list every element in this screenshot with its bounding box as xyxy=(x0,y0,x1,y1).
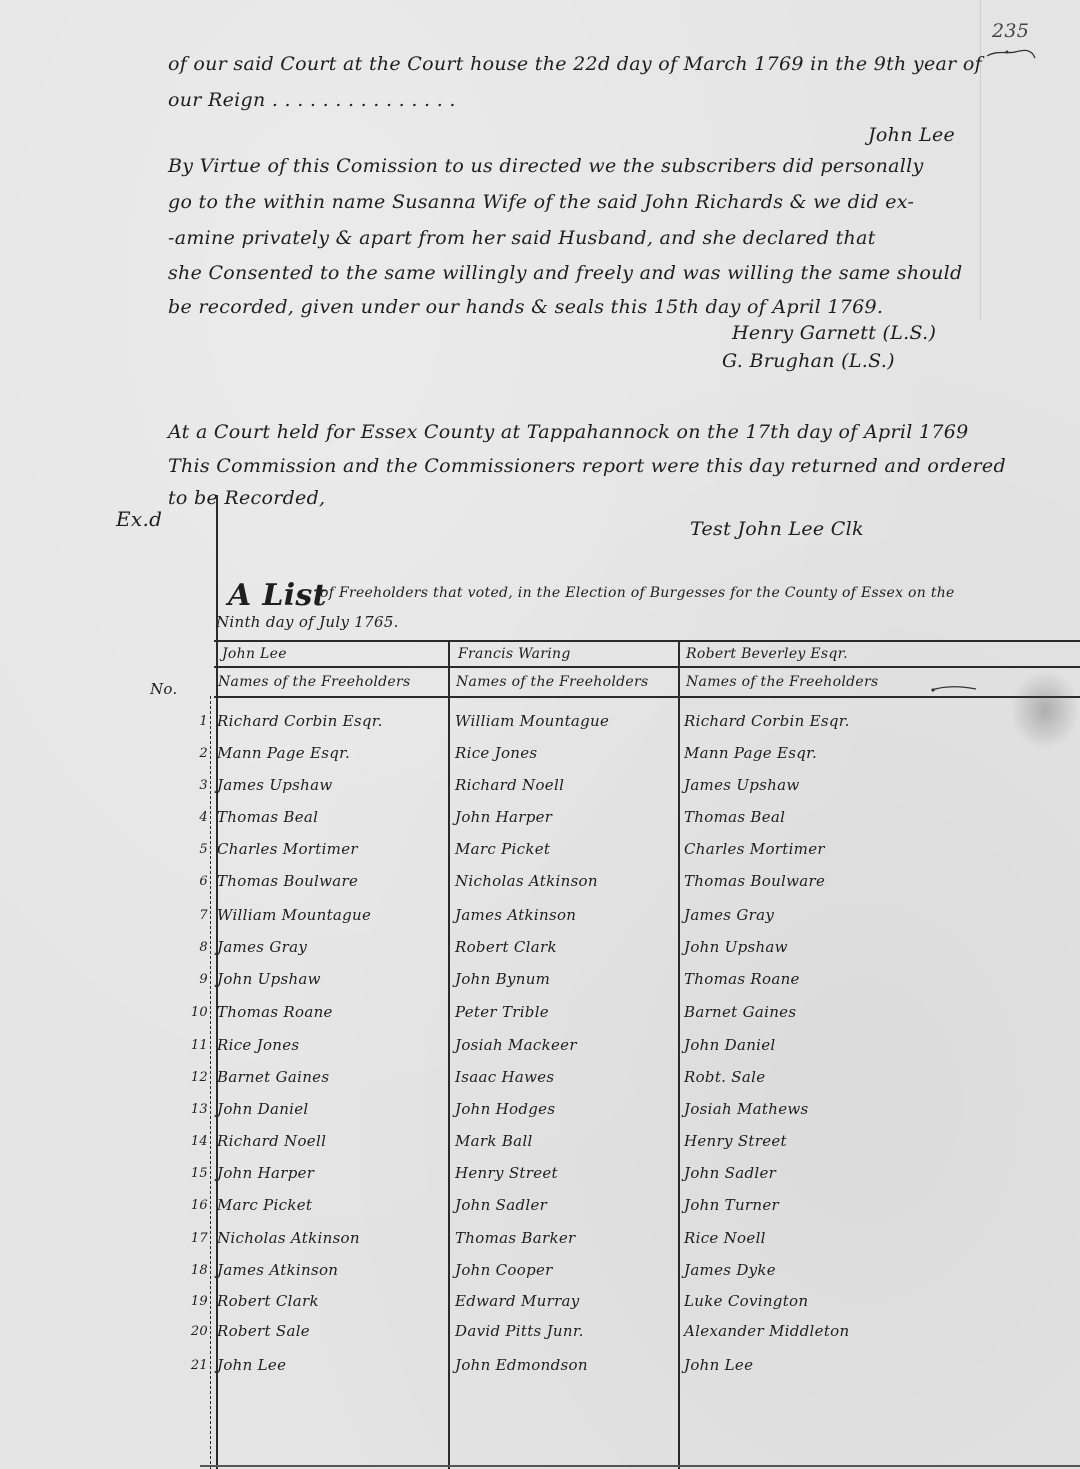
row-number: 10 xyxy=(168,1005,208,1020)
table-candidate-rule xyxy=(214,666,1080,668)
voter-waring-col: John Harper xyxy=(455,808,552,826)
table-row: 14 Richard Noell Mark Ball Henry Street xyxy=(0,1132,1080,1164)
voter-john-lee-col: Thomas Beal xyxy=(217,808,318,826)
certificate-line-3: -amine privately & apart from her said H… xyxy=(168,224,876,252)
signer-name: Henry Garnett xyxy=(732,322,876,344)
voter-waring-col: Edward Murray xyxy=(455,1292,580,1310)
certificate-line-2: go to the within name Susanna Wife of th… xyxy=(168,188,914,216)
page-flourish-icon xyxy=(985,44,1037,66)
seal-mark: (L.S.) xyxy=(883,322,937,344)
row-number: 17 xyxy=(168,1231,208,1246)
voter-beverley-col: Rice Noell xyxy=(684,1229,766,1247)
voter-beverley-col: John Turner xyxy=(684,1196,779,1214)
voter-john-lee-col: Robert Sale xyxy=(217,1322,310,1340)
certificate-line-1: By Virtue of this Comission to us direct… xyxy=(168,152,924,180)
voter-john-lee-col: James Gray xyxy=(217,938,307,956)
row-number: 5 xyxy=(168,842,208,857)
margin-note-examined: Ex.d xyxy=(116,507,162,531)
voter-beverley-col: James Dyke xyxy=(684,1261,776,1279)
table-row: 8 James Gray Robert Clark John Upshaw xyxy=(0,938,1080,970)
table-row: 17 Nicholas Atkinson Thomas Barker Rice … xyxy=(0,1229,1080,1261)
row-number: 12 xyxy=(168,1070,208,1085)
row-number: 19 xyxy=(168,1294,208,1309)
voter-waring-col: Marc Picket xyxy=(455,840,550,858)
voter-beverley-col: James Upshaw xyxy=(684,776,800,794)
list-title-date: Ninth day of July 1765. xyxy=(216,613,399,631)
table-row: 21 John Lee John Edmondson John Lee xyxy=(0,1356,1080,1388)
table-bottom-edge xyxy=(200,1465,1080,1467)
row-number: 9 xyxy=(168,972,208,987)
commission-line-1: of our said Court at the Court house the… xyxy=(168,50,982,78)
candidate-john-lee: John Lee xyxy=(222,646,287,662)
candidate-francis-waring: Francis Waring xyxy=(458,646,571,662)
page-number: 235 xyxy=(992,20,1029,42)
table-row: 1 Richard Corbin Esqr. William Mountague… xyxy=(0,712,1080,744)
row-number: 16 xyxy=(168,1198,208,1213)
clerk-signature: John Lee Clk xyxy=(737,518,863,540)
row-number: 7 xyxy=(168,908,208,923)
table-row: 9 John Upshaw John Bynum Thomas Roane xyxy=(0,970,1080,1002)
voter-waring-col: Isaac Hawes xyxy=(455,1068,554,1086)
list-title-text: of Freeholders that voted, in the Electi… xyxy=(320,585,955,601)
voter-beverley-col: Robt. Sale xyxy=(684,1068,765,1086)
column-subheader-3: Names of the Freeholders xyxy=(686,674,878,690)
table-top-rule xyxy=(214,640,1080,642)
voter-beverley-col: Richard Corbin Esqr. xyxy=(684,712,850,730)
voter-waring-col: John Cooper xyxy=(455,1261,553,1279)
voter-waring-col: Henry Street xyxy=(455,1164,558,1182)
court-record-line-3: to be Recorded, xyxy=(168,484,325,512)
voter-waring-col: John Sadler xyxy=(455,1196,547,1214)
signature-brughan: G. Brughan (L.S.) xyxy=(722,350,895,372)
voter-waring-col: John Hodges xyxy=(455,1100,555,1118)
voter-waring-col: Josiah Mackeer xyxy=(455,1036,577,1054)
table-row: 13 John Daniel John Hodges Josiah Mathew… xyxy=(0,1100,1080,1132)
row-number: 13 xyxy=(168,1102,208,1117)
voter-john-lee-col: Thomas Roane xyxy=(217,1003,333,1021)
row-number: 20 xyxy=(168,1324,208,1339)
voter-john-lee-col: Rice Jones xyxy=(217,1036,299,1054)
voter-waring-col: Richard Noell xyxy=(455,776,564,794)
row-number: 8 xyxy=(168,940,208,955)
voter-waring-col: Mark Ball xyxy=(455,1132,533,1150)
voter-john-lee-col: Barnet Gaines xyxy=(217,1068,329,1086)
voter-beverley-col: Henry Street xyxy=(684,1132,787,1150)
row-number: 6 xyxy=(168,874,208,889)
row-number: 21 xyxy=(168,1358,208,1373)
row-number: 14 xyxy=(168,1134,208,1149)
voter-waring-col: Robert Clark xyxy=(455,938,557,956)
table-row: 6 Thomas Boulware Nicholas Atkinson Thom… xyxy=(0,872,1080,904)
candidate-robert-beverley: Robert Beverley Esqr. xyxy=(686,646,848,662)
column-subheader-2: Names of the Freeholders xyxy=(456,674,648,690)
voter-john-lee-col: Robert Clark xyxy=(217,1292,319,1310)
voter-john-lee-col: John Lee xyxy=(217,1356,286,1374)
table-row: 12 Barnet Gaines Isaac Hawes Robt. Sale xyxy=(0,1068,1080,1100)
voter-john-lee-col: Thomas Boulware xyxy=(217,872,358,890)
certificate-line-5: be recorded, given under our hands & sea… xyxy=(168,293,883,321)
table-row: 2 Mann Page Esqr. Rice Jones Mann Page E… xyxy=(0,744,1080,776)
voter-beverley-col: Thomas Boulware xyxy=(684,872,825,890)
commission-signature: John Lee xyxy=(868,124,955,146)
voter-john-lee-col: Richard Corbin Esqr. xyxy=(217,712,383,730)
table-row: 20 Robert Sale David Pitts Junr. Alexand… xyxy=(0,1322,1080,1354)
voter-beverley-col: John Sadler xyxy=(684,1164,776,1182)
table-row: 3 James Upshaw Richard Noell James Upsha… xyxy=(0,776,1080,808)
voter-john-lee-col: Charles Mortimer xyxy=(217,840,358,858)
commission-line-2: our Reign . . . . . . . . . . . . . . . xyxy=(168,86,456,114)
voter-waring-col: Rice Jones xyxy=(455,744,537,762)
table-row: 16 Marc Picket John Sadler John Turner xyxy=(0,1196,1080,1228)
voter-john-lee-col: John Upshaw xyxy=(217,970,321,988)
voter-john-lee-col: John Daniel xyxy=(217,1100,309,1118)
certificate-line-4: she Consented to the same willingly and … xyxy=(168,259,962,287)
voter-john-lee-col: William Mountague xyxy=(217,906,371,924)
table-row: 19 Robert Clark Edward Murray Luke Covin… xyxy=(0,1292,1080,1324)
voter-john-lee-col: James Atkinson xyxy=(217,1261,338,1279)
table-header-rule xyxy=(214,696,1080,698)
signer-name: G. Brughan xyxy=(722,350,835,372)
pointer-flourish-icon xyxy=(930,684,978,694)
table-row: 15 John Harper Henry Street John Sadler xyxy=(0,1164,1080,1196)
voter-waring-col: William Mountague xyxy=(455,712,609,730)
number-header: No. xyxy=(150,680,178,698)
table-row: 10 Thomas Roane Peter Trible Barnet Gain… xyxy=(0,1003,1080,1035)
voter-beverley-col: Barnet Gaines xyxy=(684,1003,796,1021)
voter-beverley-col: Thomas Roane xyxy=(684,970,800,988)
voter-waring-col: Nicholas Atkinson xyxy=(455,872,598,890)
row-number: 2 xyxy=(168,746,208,761)
signature-henry-garnett: Henry Garnett (L.S.) xyxy=(732,322,936,344)
column-subheader-1: Names of the Freeholders xyxy=(218,674,410,690)
clerk-attestation: Test John Lee Clk xyxy=(690,518,864,540)
voter-john-lee-col: Richard Noell xyxy=(217,1132,326,1150)
court-record-line-2: This Commission and the Commissioners re… xyxy=(168,452,1006,480)
voter-beverley-col: James Gray xyxy=(684,906,774,924)
voter-john-lee-col: Marc Picket xyxy=(217,1196,312,1214)
voter-waring-col: Peter Trible xyxy=(455,1003,549,1021)
voter-john-lee-col: Nicholas Atkinson xyxy=(217,1229,360,1247)
voter-beverley-col: Charles Mortimer xyxy=(684,840,825,858)
attest-label: Test xyxy=(690,518,731,540)
voter-beverley-col: Luke Covington xyxy=(684,1292,808,1310)
row-number: 11 xyxy=(168,1038,208,1053)
voter-waring-col: John Bynum xyxy=(455,970,550,988)
court-record-line-1: At a Court held for Essex County at Tapp… xyxy=(168,418,968,446)
voter-beverley-col: Thomas Beal xyxy=(684,808,785,826)
voter-beverley-col: Josiah Mathews xyxy=(684,1100,809,1118)
voter-waring-col: Thomas Barker xyxy=(455,1229,576,1247)
voter-waring-col: John Edmondson xyxy=(455,1356,588,1374)
row-number: 1 xyxy=(168,714,208,729)
voter-john-lee-col: James Upshaw xyxy=(217,776,333,794)
list-title: A List xyxy=(228,578,327,613)
row-number: 3 xyxy=(168,778,208,793)
voter-beverley-col: John Upshaw xyxy=(684,938,788,956)
voter-john-lee-col: Mann Page Esqr. xyxy=(217,744,350,762)
voter-waring-col: David Pitts Junr. xyxy=(455,1322,584,1340)
voter-john-lee-col: John Harper xyxy=(217,1164,314,1182)
right-margin-rule xyxy=(980,0,981,320)
voter-waring-col: James Atkinson xyxy=(455,906,576,924)
table-row: 18 James Atkinson John Cooper James Dyke xyxy=(0,1261,1080,1293)
row-number: 15 xyxy=(168,1166,208,1181)
table-row: 4 Thomas Beal John Harper Thomas Beal xyxy=(0,808,1080,840)
seal-mark: (L.S.) xyxy=(841,350,895,372)
table-row: 7 William Mountague James Atkinson James… xyxy=(0,906,1080,938)
row-number: 4 xyxy=(168,810,208,825)
table-row: 11 Rice Jones Josiah Mackeer John Daniel xyxy=(0,1036,1080,1068)
voter-beverley-col: John Lee xyxy=(684,1356,753,1374)
voter-beverley-col: Alexander Middleton xyxy=(684,1322,849,1340)
voter-beverley-col: Mann Page Esqr. xyxy=(684,744,817,762)
voter-beverley-col: John Daniel xyxy=(684,1036,776,1054)
row-number: 18 xyxy=(168,1263,208,1278)
table-row: 5 Charles Mortimer Marc Picket Charles M… xyxy=(0,840,1080,872)
